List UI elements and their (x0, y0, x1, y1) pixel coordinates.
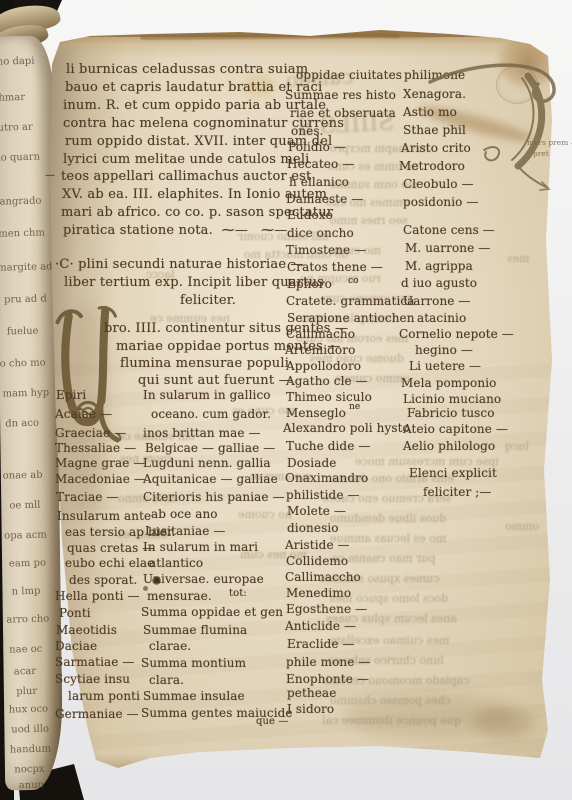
deckle-edge-top-rim (44, 28, 566, 37)
decorated-initial-icon (54, 306, 124, 446)
deckle-edge-bottom (44, 754, 566, 770)
manuscript-photograph: mo dapichmarutro ardo quarnangradomen ch… (0, 0, 572, 800)
pen-flourish-icon (424, 54, 572, 194)
stain (244, 76, 274, 96)
